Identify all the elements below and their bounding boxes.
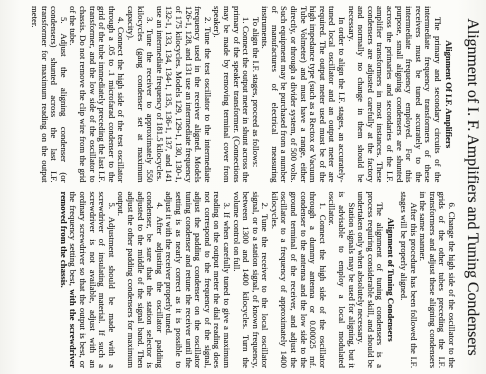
left-column: Alignment Of I.F. Amplifiers The primary… bbox=[29, 6, 456, 183]
if-closing-paragraph: After this procedure has been followed t… bbox=[398, 192, 417, 369]
tuning-intro-paragraph-2: Station signals may be used for aligning… bbox=[327, 192, 356, 369]
if-intro-paragraph-3: To align the I.F. stages, proceed as fol… bbox=[250, 6, 260, 183]
two-column-layout: Alignment Of I.F. Amplifiers The primary… bbox=[29, 6, 456, 368]
document-title: Alignment of I. F. Amplifiers and Tuning… bbox=[463, 6, 481, 368]
tuning-intro-paragraph-1: The alignment of tuning condensers is a … bbox=[356, 192, 385, 369]
if-step-1: 1. Connect the output meter in shunt acr… bbox=[212, 6, 250, 183]
tuning-step-4: 4. After adjusting the oscillator paddin… bbox=[116, 192, 164, 369]
tuning-step-2: 2. Tune the receiver to the local oscill… bbox=[231, 192, 269, 369]
if-step-6: 6. Change the high side of the oscillato… bbox=[418, 192, 456, 369]
tuning-step-5: 5. Adjustment should be made with a scre… bbox=[58, 192, 116, 369]
rotated-page-sheet: Alignment of I. F. Amplifiers and Tuning… bbox=[0, 0, 486, 374]
if-step-3: 3. Tune the receiver to approximately 55… bbox=[125, 6, 154, 183]
tuning-alignment-heading: Alignment of Tuning Condensers bbox=[386, 192, 396, 369]
if-step-4: 4. Connect the high side of the test osc… bbox=[68, 6, 126, 183]
tuning-step-3: 3. If when carefully tuned to give a max… bbox=[164, 192, 231, 369]
if-step-2: 2. Tune the test oscillator to the inter… bbox=[154, 6, 212, 183]
if-alignment-heading: Alignment Of I.F. Amplifiers bbox=[444, 6, 454, 183]
tuning-step-1: 1. Connect the high side of the oscillat… bbox=[269, 192, 327, 369]
scanned-document-page: Alignment of I. F. Amplifiers and Tuning… bbox=[0, 0, 486, 374]
if-intro-paragraph-2: In order to align the I.F. stages, an ac… bbox=[260, 6, 346, 183]
if-step-5: 5. Adjust the aligning condenser (or con… bbox=[29, 6, 67, 183]
if-intro-paragraph-1: The primary and secondary circuits of th… bbox=[346, 6, 442, 183]
right-column: 6. Change the high side of the oscillato… bbox=[29, 192, 456, 369]
